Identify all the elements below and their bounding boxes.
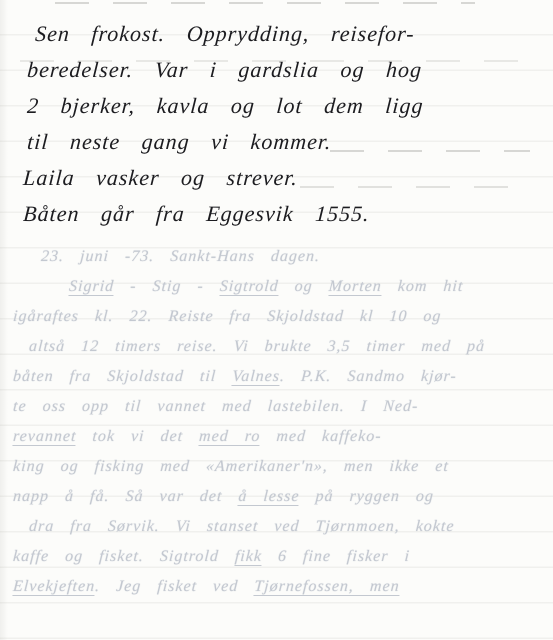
handwriting-line: beredelser. Var i gardslia og hog	[0, 52, 553, 88]
handwriting-line: dra fra Sørvik. Vi stanset ved Tjørnmoen…	[0, 512, 553, 542]
handwriting-line: Laila vasker og strever.	[0, 160, 553, 196]
handwriting-line: napp å få. Så var det å lesse på ryggen …	[0, 482, 553, 512]
handwriting-line: king og fisking med «Amerikaner'n», men …	[0, 452, 553, 482]
handwriting-line: Elvekjeften. Jeg fisket ved Tjørnefossen…	[0, 572, 553, 602]
scanned-diary-page: Sen frokost. Opprydding, reisefor-berede…	[0, 0, 553, 640]
handwriting-line: 23. juni -73. Sankt-Hans dagen.	[0, 242, 553, 272]
handwriting-line: 2 bjerker, kavla og lot dem ligg	[0, 88, 553, 124]
handwriting-line: båten fra Skjoldstad til Valnes. P.K. Sa…	[0, 362, 553, 392]
pencil-handwriting-section: 23. juni -73. Sankt-Hans dagen.Sigrid - …	[0, 242, 553, 602]
handwriting-line: Båten går fra Eggesvik 1555.	[0, 196, 553, 232]
ink-handwriting-section: Sen frokost. Opprydding, reisefor-berede…	[0, 16, 553, 232]
handwriting-line: Sigrid - Stig - Sigtrold og Morten kom h…	[0, 272, 553, 302]
handwriting-line: kaffe og fisket. Sigtrold fikk 6 fine fi…	[0, 542, 553, 572]
handwriting-line: te oss opp til vannet med lastebilen. I …	[0, 392, 553, 422]
handwriting-line: til neste gang vi kommer.	[0, 124, 553, 160]
handwriting-line: revannet tok vi det med ro med kaffeko-	[0, 422, 553, 452]
handwriting-line: altså 12 timers reise. Vi brukte 3,5 tim…	[0, 332, 553, 362]
handwriting-line: Sen frokost. Opprydding, reisefor-	[0, 16, 553, 52]
handwriting-line: igåraftes kl. 22. Reiste fra Skjoldstad …	[0, 302, 553, 332]
ruled-line-fragment	[55, 2, 475, 4]
